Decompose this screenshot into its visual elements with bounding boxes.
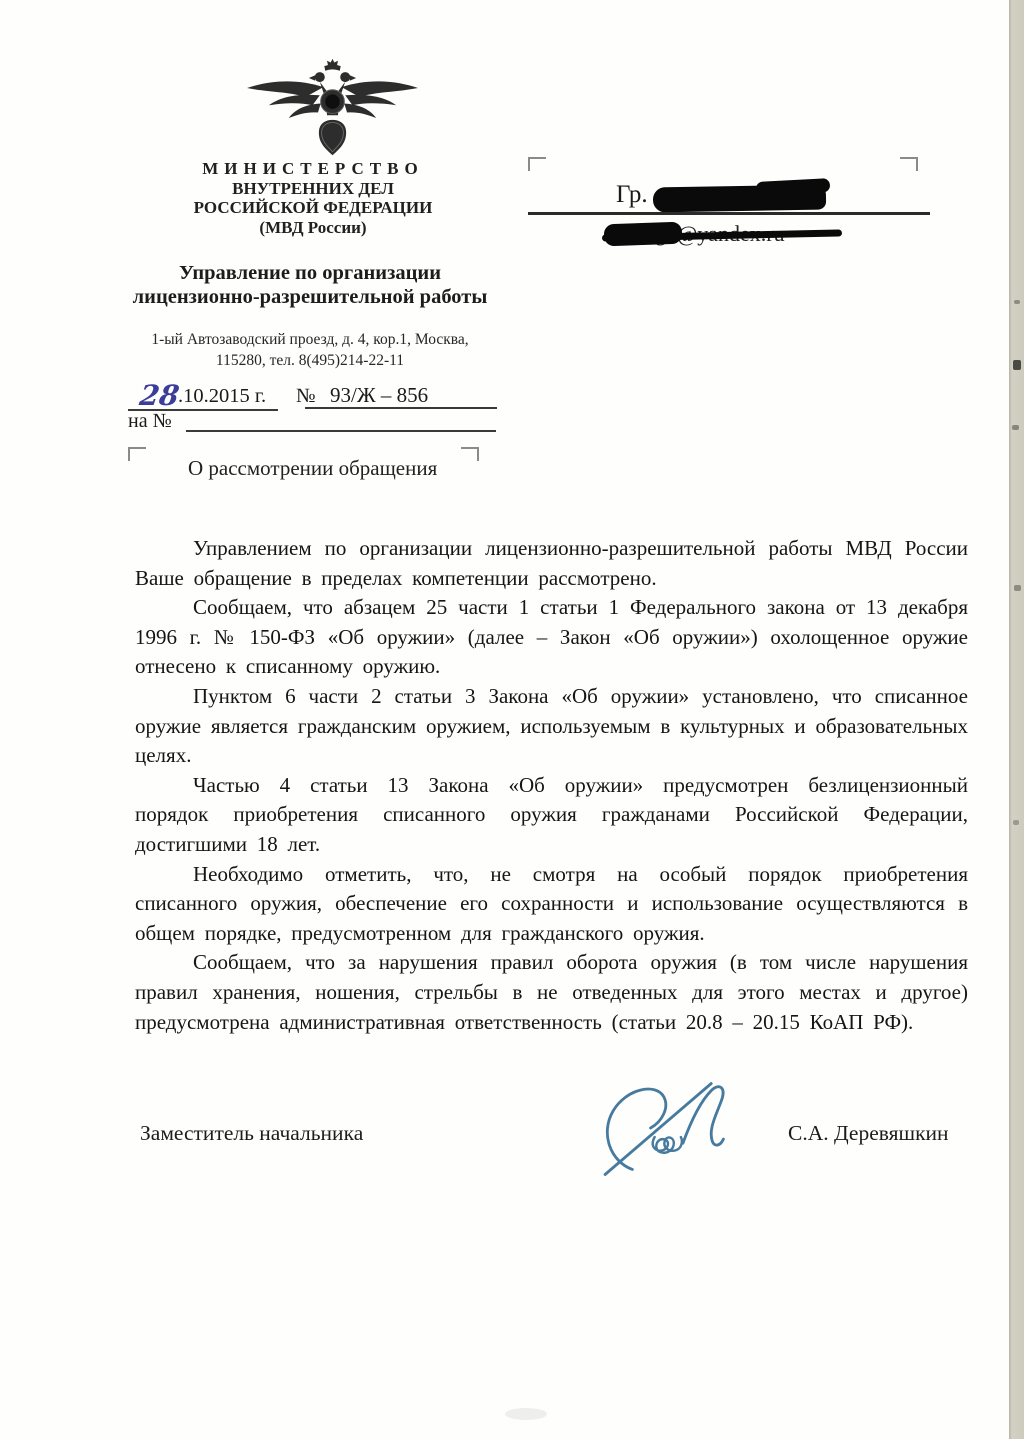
reply-to-underline bbox=[186, 430, 496, 432]
scan-speck bbox=[1012, 425, 1019, 430]
number-underline bbox=[305, 407, 497, 409]
outgoing-number: 93/Ж – 856 bbox=[330, 383, 428, 408]
printed-date: .10.2015 г. bbox=[178, 385, 266, 408]
recipient-underline bbox=[528, 212, 930, 215]
recipient-corner-mark-left bbox=[528, 157, 546, 171]
signer-name: С.А. Деревяшкин bbox=[788, 1121, 949, 1146]
ministry-line: ВНУТРЕННИХ ДЕЛ bbox=[93, 179, 533, 199]
scan-speck bbox=[1013, 820, 1019, 825]
letter-body: Управлением по организации лицензионно-р… bbox=[135, 534, 968, 1037]
number-sign: № bbox=[296, 385, 316, 408]
recipient-salutation: Гр. bbox=[616, 181, 648, 209]
reply-to-label: на № bbox=[128, 410, 172, 433]
paragraph: Необходимо отметить, что, не смотря на о… bbox=[135, 860, 968, 949]
mvd-double-headed-eagle-emblem bbox=[240, 58, 425, 158]
subject-line: О рассмотрении обращения bbox=[188, 456, 437, 481]
handwritten-signature bbox=[598, 1078, 780, 1180]
department-line: лицензионно-разрешительной работы bbox=[85, 285, 535, 309]
redacted-recipient-email: 2gb@yandex.ru bbox=[604, 219, 844, 251]
paragraph: Пунктом 6 части 2 статьи 3 Закона «Об ор… bbox=[135, 682, 968, 771]
handwritten-day: 28 bbox=[138, 379, 182, 412]
ministry-line: (МВД России) bbox=[93, 218, 533, 238]
scan-speck bbox=[1014, 300, 1020, 304]
recipient-corner-mark-right bbox=[900, 157, 918, 171]
corner-mark-right bbox=[461, 447, 479, 461]
paragraph: Частью 4 статьи 13 Закона «Об оружии» пр… bbox=[135, 771, 968, 860]
ministry-line: РОССИЙСКОЙ ФЕДЕРАЦИИ bbox=[93, 198, 533, 218]
sender-address-block: 1-ый Автозаводский проезд, д. 4, кор.1, … bbox=[85, 329, 535, 371]
department-line: Управление по организации bbox=[85, 261, 535, 285]
scan-speck bbox=[1014, 585, 1021, 591]
corner-mark-left bbox=[128, 447, 146, 461]
scan-smudge bbox=[505, 1408, 547, 1420]
scanned-letter-page: МИНИСТЕРСТВО ВНУТРЕННИХ ДЕЛ РОССИЙСКОЙ Ф… bbox=[0, 0, 1024, 1439]
signer-position: Заместитель начальника bbox=[140, 1121, 363, 1146]
scan-speck bbox=[1013, 360, 1021, 370]
address-line: 1-ый Автозаводский проезд, д. 4, кор.1, … bbox=[85, 329, 535, 350]
paragraph: Сообщаем, что абзацем 25 части 1 статьи … bbox=[135, 593, 968, 682]
scan-edge-artifact bbox=[1009, 0, 1024, 1439]
ministry-line: МИНИСТЕРСТВО bbox=[93, 159, 533, 179]
department-name-block: Управление по организации лицензионно-ра… bbox=[85, 261, 535, 309]
paragraph: Сообщаем, что за нарушения правил оборот… bbox=[135, 948, 968, 1037]
ministry-name-block: МИНИСТЕРСТВО ВНУТРЕННИХ ДЕЛ РОССИЙСКОЙ Ф… bbox=[93, 159, 533, 237]
address-line: 115280, тел. 8(495)214-22-11 bbox=[85, 350, 535, 371]
paragraph: Управлением по организации лицензионно-р… bbox=[135, 534, 968, 593]
